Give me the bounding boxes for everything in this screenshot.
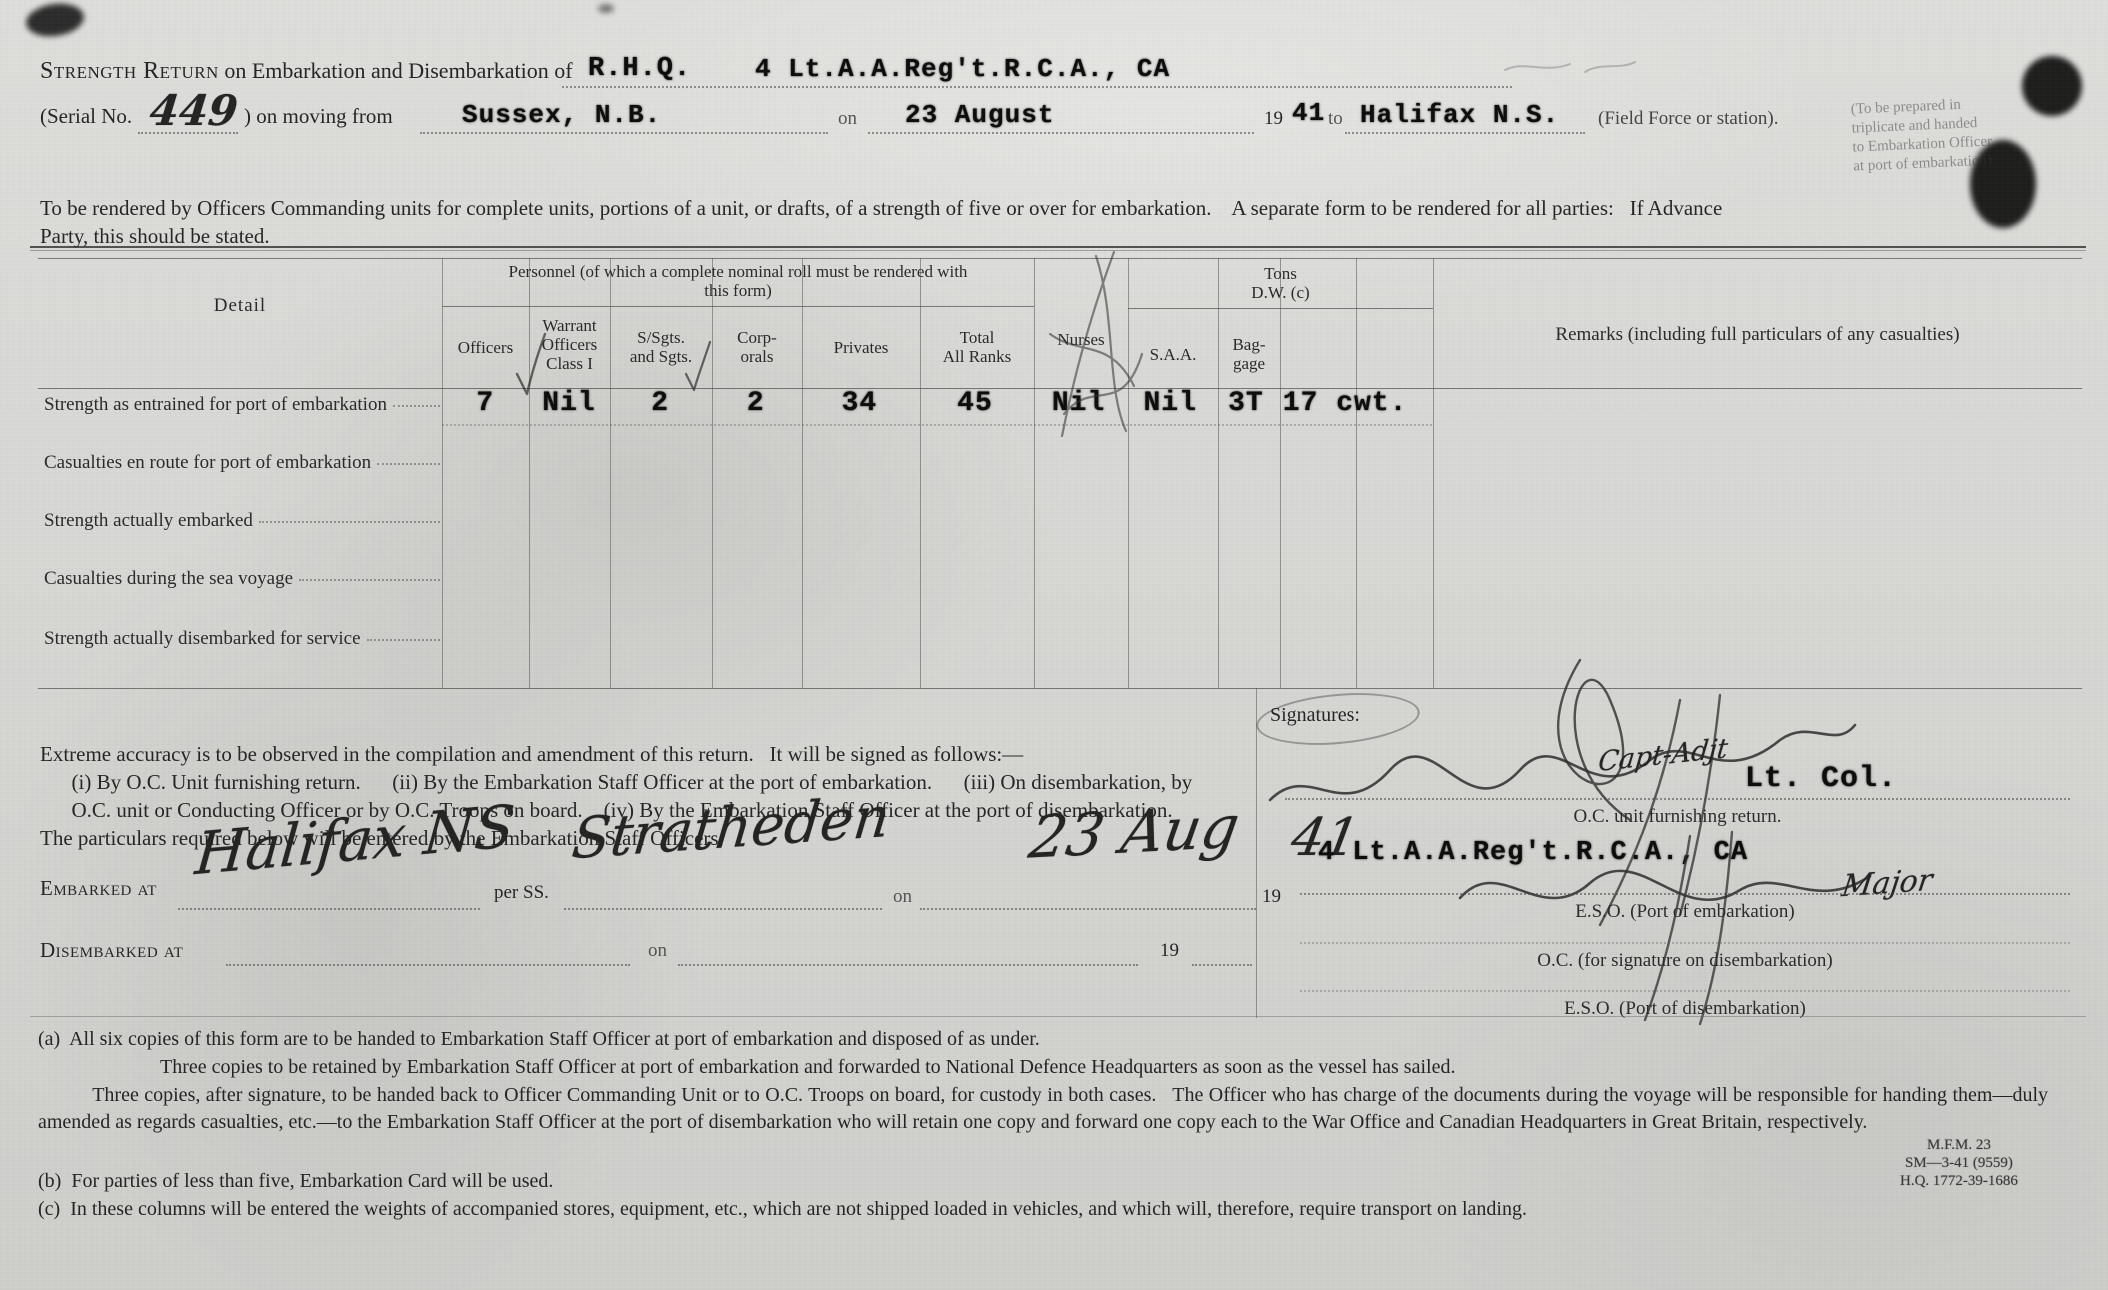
dotted-leader bbox=[377, 463, 440, 465]
disembarked-at-label: Disembarked at bbox=[40, 938, 183, 963]
table-row-label: Casualties en route for port of embarkat… bbox=[44, 452, 440, 474]
footnote-c: (c) In these columns will be entered the… bbox=[38, 1196, 1738, 1223]
form-title-rest: on Embarkation and Disembarkation of bbox=[219, 58, 573, 83]
footnote-a1: Three copies to be retained by Embarkati… bbox=[160, 1054, 2040, 1081]
dotted-rule bbox=[1300, 990, 2070, 992]
dotted-leader bbox=[393, 405, 440, 407]
footnote-b: (b) For parties of less than five, Embar… bbox=[38, 1168, 1238, 1195]
on-label: on bbox=[838, 108, 857, 130]
table-column-line bbox=[920, 258, 921, 688]
col-header-privates: Privates bbox=[802, 338, 920, 357]
table-row-label: Strength actually embarked bbox=[44, 510, 440, 532]
year-prefix: 19 bbox=[1264, 108, 1283, 130]
personnel-group-underline bbox=[442, 306, 1034, 307]
dotted-rule bbox=[1345, 132, 1585, 134]
to-label: to bbox=[1328, 108, 1343, 130]
table-column-line bbox=[1280, 258, 1281, 688]
row-writing-line bbox=[442, 424, 1432, 426]
dotted-leader bbox=[367, 639, 440, 641]
eso-embark-label: E.S.O. (Port of embarkation) bbox=[1300, 901, 2070, 923]
value-tons-extra-2 bbox=[1359, 388, 1436, 419]
table-column-line bbox=[442, 258, 443, 688]
dotted-leader bbox=[259, 521, 440, 523]
dotted-rule bbox=[226, 964, 630, 966]
col-group-tons: Tons D.W. (c) bbox=[1128, 264, 1433, 302]
scan-artifact-blob bbox=[598, 4, 614, 13]
serial-label: (Serial No. bbox=[40, 104, 132, 129]
per-ss-label: per SS. bbox=[494, 882, 549, 904]
dotted-rule bbox=[920, 908, 1256, 910]
col-header-baggage: Bag- gage bbox=[1218, 335, 1280, 373]
field-force-label: (Field Force or station). bbox=[1598, 108, 1778, 130]
scan-artifact-blob bbox=[24, 0, 86, 40]
col-header-corporals: Corp- orals bbox=[712, 328, 802, 366]
col-header-remarks: Remarks (including full particulars of a… bbox=[1433, 325, 2082, 344]
pencil-checkmark-icon bbox=[678, 338, 718, 398]
unit-entry-typed: R.H.Q. bbox=[588, 54, 691, 84]
pencil-scribble-icon bbox=[1036, 246, 1156, 446]
col-header-detail: Detail bbox=[38, 296, 442, 315]
table-column-line bbox=[712, 258, 713, 688]
oc-disembark-label: O.C. (for signature on disembarkation) bbox=[1300, 950, 2070, 972]
dotted-rule bbox=[1300, 942, 2070, 944]
table-column-line bbox=[802, 258, 803, 688]
table-column-line bbox=[610, 258, 611, 688]
value-tons-extra: 17 cwt. bbox=[1277, 388, 1359, 419]
table-column-line bbox=[1433, 258, 1434, 688]
value-corporals: 2 bbox=[711, 388, 801, 419]
value-remarks bbox=[1436, 388, 2083, 419]
on-label: on bbox=[648, 940, 667, 962]
oc-unit-label: O.C. unit furnishing return. bbox=[1285, 806, 2070, 828]
value-baggage: 3T bbox=[1215, 388, 1277, 419]
on-label: on bbox=[893, 886, 912, 908]
form-title: Strength Return on Embarkation and Disem… bbox=[40, 58, 573, 85]
form-reference-numbers: M.F.M. 23 SM—3-41 (9559) H.Q. 1772-39-16… bbox=[1900, 1136, 2018, 1190]
embark-date-handwritten: 23 Aug bbox=[1025, 792, 1244, 872]
dotted-rule bbox=[1300, 893, 2070, 895]
table-row-label: Strength actually disembarked for servic… bbox=[44, 628, 440, 650]
dotted-rule bbox=[678, 964, 1138, 966]
dotted-rule bbox=[178, 908, 480, 910]
dotted-rule bbox=[420, 132, 828, 134]
pencil-checkmark-icon bbox=[505, 330, 555, 402]
table-row-label: Casualties during the sea voyage bbox=[44, 568, 440, 590]
table-column-line bbox=[1356, 258, 1357, 688]
unit-entry-typed-2: 4 Lt.A.A.Reg't.R.C.A., CA bbox=[755, 54, 1170, 84]
dotted-leader bbox=[299, 579, 440, 581]
col-group-personnel: Personnel (of which a complete nominal r… bbox=[442, 262, 1034, 300]
dotted-rule bbox=[1285, 798, 2070, 800]
value-total: 45 bbox=[918, 388, 1032, 419]
stamp-note-text: (To be prepared in triplicate and handed… bbox=[1850, 91, 2063, 176]
year-prefix: 19 bbox=[1160, 940, 1179, 962]
destination-typed: Halifax N.S. bbox=[1360, 100, 1559, 130]
instructions-paragraph: To be rendered by Officers Commanding un… bbox=[40, 194, 1940, 250]
dotted-rule bbox=[1192, 964, 1252, 966]
moving-from-typed: Sussex, N.B. bbox=[462, 100, 661, 130]
footnote-a2: Three copies, after signature, to be han… bbox=[38, 1082, 2048, 1136]
value-privates: 34 bbox=[801, 388, 919, 419]
serial-value-handwritten: 449 bbox=[147, 86, 240, 135]
dotted-rule bbox=[564, 908, 882, 910]
sig1-rank-typed: Lt. Col. bbox=[1745, 762, 1897, 796]
date-typed: 23 August bbox=[905, 100, 1054, 130]
dotted-rule bbox=[868, 132, 1254, 134]
scanned-form-strength-return: Strength Return on Embarkation and Disem… bbox=[0, 0, 2108, 1290]
table-row-label: Strength as entrained for port of embark… bbox=[44, 394, 440, 416]
table-column-line bbox=[1034, 258, 1035, 688]
col-header-total: Total All Ranks bbox=[920, 328, 1034, 366]
year-typed: 41 bbox=[1292, 98, 1325, 128]
embarked-at-label: Embarked at bbox=[40, 876, 157, 901]
table-column-line bbox=[1218, 258, 1219, 688]
footer-rule bbox=[30, 1016, 2086, 1017]
moving-from-label: ) on moving from bbox=[244, 104, 393, 129]
form-title-caps: Strength Return bbox=[40, 58, 219, 84]
sig2-rank-handwritten: Major bbox=[1840, 863, 1935, 905]
footnote-a: (a) All six copies of this form are to b… bbox=[38, 1026, 1738, 1053]
dotted-rule bbox=[562, 86, 1512, 88]
pencil-smudge bbox=[1500, 52, 1640, 82]
